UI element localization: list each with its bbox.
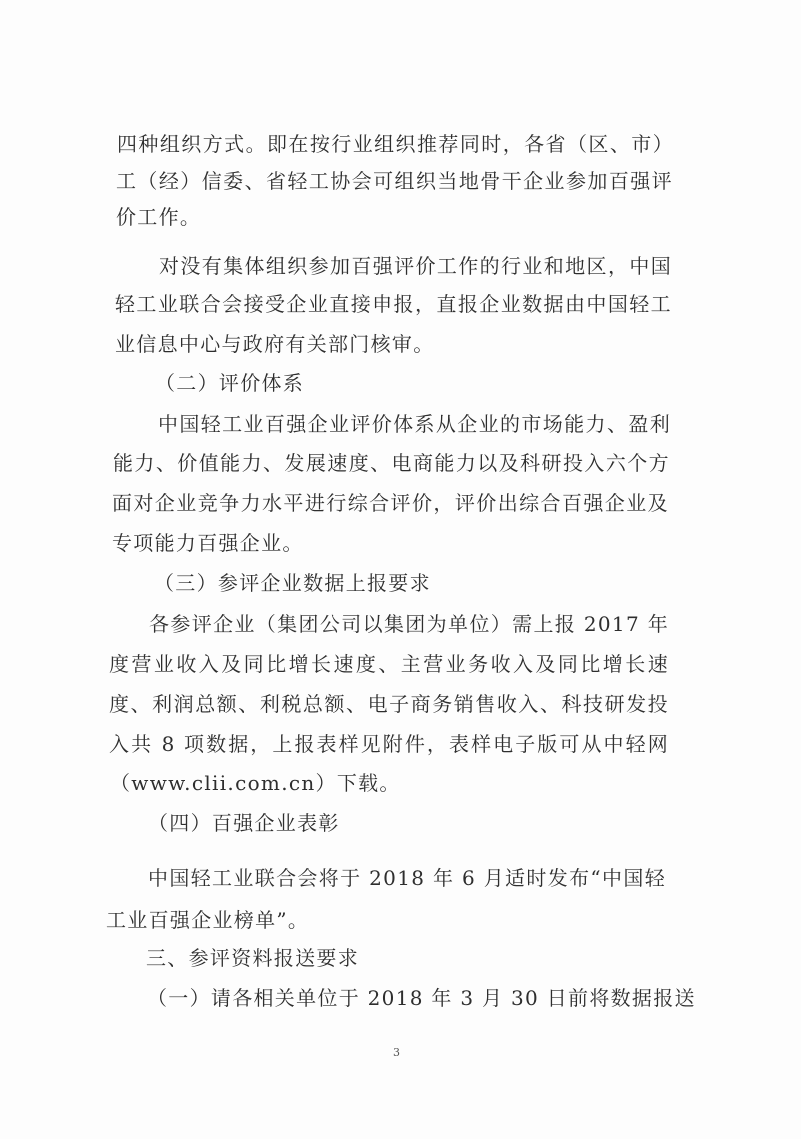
- body-line: （一）请各相关单位于 2018 年 3 月 30 日前将数据报送: [147, 986, 664, 1010]
- body-line: 对没有集体组织参加百强评价工作的行业和地区，中国: [159, 254, 672, 278]
- page-number: 3: [393, 1046, 400, 1059]
- body-line: 度、利润总额、利税总额、电子商务销售收入、科技研发投: [109, 692, 669, 716]
- body-line: （www.clii.com.cn）下载。: [110, 771, 401, 795]
- section-heading: 三、参评资料报送要求: [146, 946, 359, 970]
- body-line: 四种组织方式。即在按行业组织推荐同时，各省（区、市）: [117, 132, 674, 156]
- body-line: 工（经）信委、省轻工协会可组织当地骨干企业参加百强评: [116, 169, 673, 193]
- section-subheading: （三）参评企业数据上报要求: [154, 571, 431, 595]
- section-subheading: （二）评价体系: [155, 371, 304, 395]
- body-line: 入共 8 项数据，上报表样见附件，表样电子版可从中轻网: [109, 732, 669, 756]
- section-subheading: （四）百强企业表彰: [148, 811, 340, 835]
- body-line: 工业百强企业榜单”。: [106, 908, 309, 932]
- body-line: 中国轻工业百强企业评价体系从企业的市场能力、盈利: [158, 412, 671, 436]
- body-line: 能力、价值能力、发展速度、电商能力以及科研投入六个方: [113, 451, 670, 475]
- body-line: 价工作。: [116, 205, 201, 229]
- body-line: 面对企业竞争力水平进行综合评价，评价出综合百强企业及: [112, 491, 669, 515]
- document-page: 四种组织方式。即在按行业组织推荐同时，各省（区、市） 工（经）信委、省轻工协会可…: [0, 0, 801, 1139]
- body-line: 各参评企业（集团公司以集团为单位）需上报 2017 年: [149, 612, 669, 636]
- body-line: 业信息中心与政府有关部门核审。: [115, 332, 435, 356]
- body-line: 轻工业联合会接受企业直接申报，直报企业数据由中国轻工: [115, 292, 672, 316]
- body-line: 度营业收入及同比增长速度、主营业务收入及同比增长速: [109, 652, 669, 676]
- body-line: 中国轻工业联合会将于 2018 年 6 月适时发布“中国轻: [148, 866, 666, 890]
- body-line: 专项能力百强企业。: [112, 531, 304, 555]
